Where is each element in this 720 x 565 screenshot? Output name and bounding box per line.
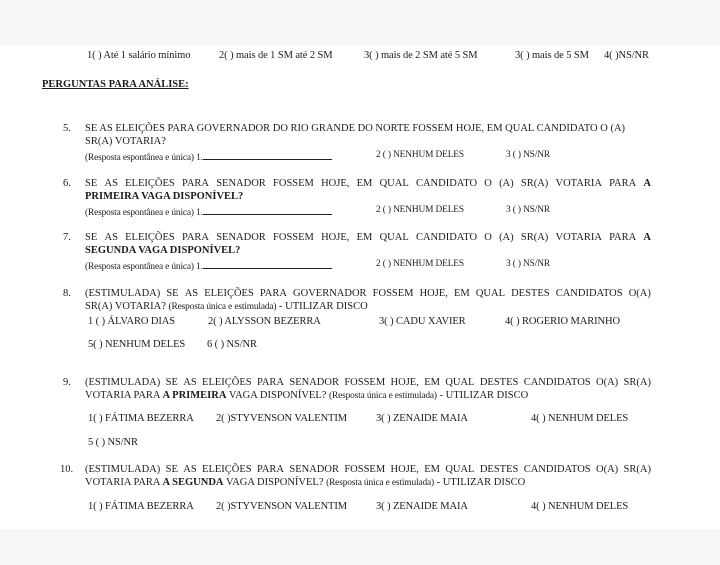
question-text-line2: SR(A) VOTARIA? (Resposta única e estimul…: [85, 301, 368, 312]
question-word: AS: [185, 288, 198, 299]
question-word: PARA: [609, 178, 636, 189]
income-option-5: 4( )NS/NR: [604, 50, 649, 61]
question-word: ELEIÇÕES: [202, 377, 252, 388]
question-text-line2: VOTARIA PARA A SEGUNDA VAGA DISPONÍVEL? …: [85, 477, 525, 488]
question-number: 8.: [63, 288, 71, 299]
question-word: ELEIÇÕES: [204, 288, 254, 299]
question-word: HOJE,: [321, 232, 349, 243]
question-number: 7.: [63, 232, 71, 243]
question-word: O: [484, 178, 492, 189]
answer-prefix: (Resposta espontânea e única) 1.: [85, 153, 203, 163]
question-text-line1: SEASELEIÇÕESPARASENADORFOSSEMHOJE,EMQUAL…: [85, 178, 651, 189]
question-number: 9.: [63, 377, 71, 388]
answer-blank[interactable]: [203, 205, 332, 215]
question-word: SE: [166, 288, 178, 299]
question-word: VOTARIA: [556, 232, 602, 243]
option-nsnr[interactable]: 3 ( ) NS/NR: [506, 259, 550, 269]
question-text-line1: (ESTIMULADA)SEASELEIÇÕESPARAGOVERNADORFO…: [85, 288, 651, 299]
question-word: ELEIÇÕES: [125, 178, 175, 189]
question-word: (ESTIMULADA): [85, 464, 160, 475]
question-word: O(A): [596, 464, 618, 475]
question-word: O: [484, 232, 492, 243]
question-text-line2: PRIMEIRA VAGA DISPONÍVEL?: [85, 191, 243, 202]
question-word: QUAL: [445, 377, 474, 388]
option-nsnr[interactable]: 6 ( ) NS/NR: [207, 339, 257, 350]
question-text-line1: SE AS ELEIÇÕES PARA GOVERNADOR DO RIO GR…: [85, 123, 625, 134]
question-word: EM: [357, 232, 373, 243]
question-word: FOSSEM: [273, 178, 314, 189]
option-none[interactable]: 2 ( ) NENHUM DELES: [376, 259, 464, 269]
question-word: SENADOR: [216, 178, 266, 189]
question-word: SE: [166, 377, 178, 388]
question-word: QUAL: [380, 232, 409, 243]
question-word: GOVERNADOR: [293, 288, 367, 299]
question-word: SR(A): [521, 232, 548, 243]
option-nsnr[interactable]: 5 ( ) NS/NR: [88, 437, 138, 448]
question-word: SR(A): [624, 464, 651, 475]
question-word: HOJE,: [420, 288, 448, 299]
question-word: PARA: [257, 377, 284, 388]
question-word: EM: [424, 464, 440, 475]
question-word: HOJE,: [391, 464, 419, 475]
section-heading: PERGUNTAS PARA ANÁLISE:: [42, 79, 189, 90]
option-zenaide-maia[interactable]: 3( ) ZENAIDE MAIA: [376, 413, 468, 424]
option-alysson-bezerra[interactable]: 2( ) ALYSSON BEZERRA: [208, 316, 321, 327]
question-word: DESTES: [511, 288, 550, 299]
question-word: CANDIDATO: [416, 232, 477, 243]
question-word: EM: [424, 377, 440, 388]
answer-row: (Resposta espontânea e única) 1.: [85, 150, 332, 163]
question-word: ELEIÇÕES: [125, 232, 175, 243]
question-word: QUAL: [380, 178, 409, 189]
question-word: SE: [166, 464, 178, 475]
question-word: SENADOR: [216, 232, 266, 243]
question-number: 10.: [60, 464, 73, 475]
answer-blank[interactable]: [203, 259, 332, 269]
question-word: (A): [499, 178, 514, 189]
question-word: FOSSEM: [373, 288, 414, 299]
question-word: VOTARIA: [556, 178, 602, 189]
question-word: SR(A): [521, 178, 548, 189]
option-zenaide-maia[interactable]: 3( ) ZENAIDE MAIA: [376, 501, 468, 512]
option-none[interactable]: 2 ( ) NENHUM DELES: [376, 205, 464, 215]
question-word: CANDIDATOS: [556, 288, 623, 299]
income-option-1: 1( ) Até 1 salário mínimo: [87, 50, 190, 61]
option-fatima-bezerra[interactable]: 1( ) FÁTIMA BEZERRA: [88, 413, 194, 424]
question-text-line1: SEASELEIÇÕESPARASENADORFOSSEMHOJE,EMQUAL…: [85, 232, 651, 243]
option-none[interactable]: 5( ) NENHUM DELES: [88, 339, 185, 350]
option-none[interactable]: 4( ) NENHUM DELES: [531, 413, 628, 424]
question-number: 6.: [63, 178, 71, 189]
question-word: (ESTIMULADA): [85, 377, 160, 388]
option-cadu-xavier[interactable]: 3( ) CADU XAVIER: [379, 316, 466, 327]
question-word: SENADOR: [289, 464, 339, 475]
option-none[interactable]: 4( ) NENHUM DELES: [531, 501, 628, 512]
question-word: FOSSEM: [273, 232, 314, 243]
document-page: [0, 45, 720, 529]
question-word: SE: [85, 178, 97, 189]
option-nsnr[interactable]: 3 ( ) NS/NR: [506, 150, 550, 160]
question-word: SR(A): [624, 377, 651, 388]
question-word: (A): [499, 232, 514, 243]
option-styvenson-valentim[interactable]: 2( )STYVENSON VALENTIM: [216, 501, 347, 512]
question-word: AS: [183, 464, 196, 475]
question-word: A: [643, 178, 651, 189]
income-option-2: 2( ) mais de 1 SM até 2 SM: [219, 50, 332, 61]
question-word: ELEIÇÕES: [202, 464, 252, 475]
option-alvaro-dias[interactable]: 1 ( ) ÁLVARO DIAS: [88, 316, 175, 327]
question-word: PARA: [257, 464, 284, 475]
option-none[interactable]: 2 ( ) NENHUM DELES: [376, 150, 464, 160]
question-word: AS: [183, 377, 196, 388]
option-styvenson-valentim[interactable]: 2( )STYVENSON VALENTIM: [216, 413, 347, 424]
question-word: DESTES: [480, 464, 519, 475]
option-nsnr[interactable]: 3 ( ) NS/NR: [506, 205, 550, 215]
question-word: QUAL: [476, 288, 505, 299]
question-word: PARA: [182, 232, 209, 243]
question-word: PARA: [260, 288, 287, 299]
question-word: HOJE,: [391, 377, 419, 388]
question-word: CANDIDATOS: [524, 377, 591, 388]
question-text-line2: SR(A) VOTARIA?: [85, 136, 166, 147]
answer-blank[interactable]: [203, 150, 332, 160]
question-word: PARA: [609, 232, 636, 243]
question-word: CANDIDATOS: [524, 464, 591, 475]
question-word: FOSSEM: [344, 464, 385, 475]
question-word: O(A): [596, 377, 618, 388]
question-word: EM: [454, 288, 470, 299]
question-word: HOJE,: [321, 178, 349, 189]
question-text-line2: SEGUNDA VAGA DISPONÍVEL?: [85, 245, 240, 256]
question-text-line2: VOTARIA PARA A PRIMEIRA VAGA DISPONÍVEL?…: [85, 390, 528, 401]
question-word: SE: [85, 232, 97, 243]
question-word: DESTES: [480, 377, 519, 388]
question-word: AS: [104, 178, 117, 189]
question-word: (ESTIMULADA): [85, 288, 160, 299]
question-word: AS: [104, 232, 117, 243]
question-word: SENADOR: [289, 377, 339, 388]
answer-prefix: (Resposta espontânea e única) 1.: [85, 262, 203, 272]
option-fatima-bezerra[interactable]: 1( ) FÁTIMA BEZERRA: [88, 501, 194, 512]
question-word: O(A): [629, 288, 651, 299]
question-word: FOSSEM: [344, 377, 385, 388]
question-word: CANDIDATO: [416, 178, 477, 189]
question-word: EM: [357, 178, 373, 189]
option-rogerio-marinho[interactable]: 4( ) ROGERIO MARINHO: [505, 316, 620, 327]
question-number: 5.: [63, 123, 71, 134]
question-word: A: [643, 232, 651, 243]
question-word: QUAL: [445, 464, 474, 475]
question-text-line1: (ESTIMULADA)SEASELEIÇÕESPARASENADORFOSSE…: [85, 377, 651, 388]
answer-row: (Resposta espontânea e única) 1.: [85, 205, 332, 218]
answer-prefix: (Resposta espontânea e única) 1.: [85, 208, 203, 218]
income-option-4: 3( ) mais de 5 SM: [515, 50, 589, 61]
income-option-3: 3( ) mais de 2 SM até 5 SM: [364, 50, 477, 61]
answer-row: (Resposta espontânea e única) 1.: [85, 259, 332, 272]
question-word: PARA: [182, 178, 209, 189]
question-text-line1: (ESTIMULADA)SEASELEIÇÕESPARASENADORFOSSE…: [85, 464, 651, 475]
